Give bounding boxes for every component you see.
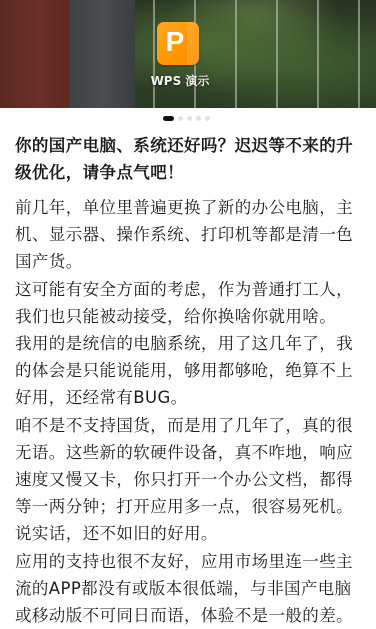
article-paragraph: 这可能有安全方面的考虑，作为普通打工人，我们也只能被动接受，给你换啥你就用啥。 (15, 276, 362, 330)
wps-presentation-icon: P (157, 22, 199, 65)
carousel-dot-3[interactable] (187, 116, 192, 121)
app-icon-glyph: P (166, 28, 185, 56)
carousel-image-gray-panel (69, 0, 135, 108)
article-paragraph: 我用的是统信的电脑系统，用了这几年了，我的体会是只能说能用，够用都够呛，绝算不上… (15, 330, 362, 412)
article-paragraph: 前几年，单位里普遍更换了新的办公电脑，主机、显示器、操作系统、打印机等都是清一色… (15, 194, 362, 276)
article-paragraph: 应用的支持也很不友好，应用市场里连一些主流的APP都没有或版本很低端，与非国产电… (15, 548, 362, 629)
app-icon-fold (187, 22, 199, 65)
carousel-image-red-panel (0, 0, 69, 108)
app-icon-label: WPS 演示 (145, 72, 215, 89)
carousel-dot-4[interactable] (196, 116, 201, 121)
carousel-dot-2[interactable] (178, 116, 183, 121)
carousel-dot-5[interactable] (205, 116, 210, 121)
carousel-pagination (0, 108, 376, 128)
image-carousel[interactable]: P WPS 演示 (0, 0, 376, 108)
carousel-dot-1[interactable] (163, 116, 174, 121)
article-paragraph: 咱不是不支持国货，而是用了几年了，真的很无语。这些新的软硬件设备，真不咋地，响应… (15, 412, 362, 548)
article-title: 你的国产电脑、系统还好吗？迟迟等不来的升级优化，请争点气吧！ (15, 132, 362, 186)
article-body: 你的国产电脑、系统还好吗？迟迟等不来的升级优化，请争点气吧！ 前几年，单位里普遍… (0, 128, 376, 629)
